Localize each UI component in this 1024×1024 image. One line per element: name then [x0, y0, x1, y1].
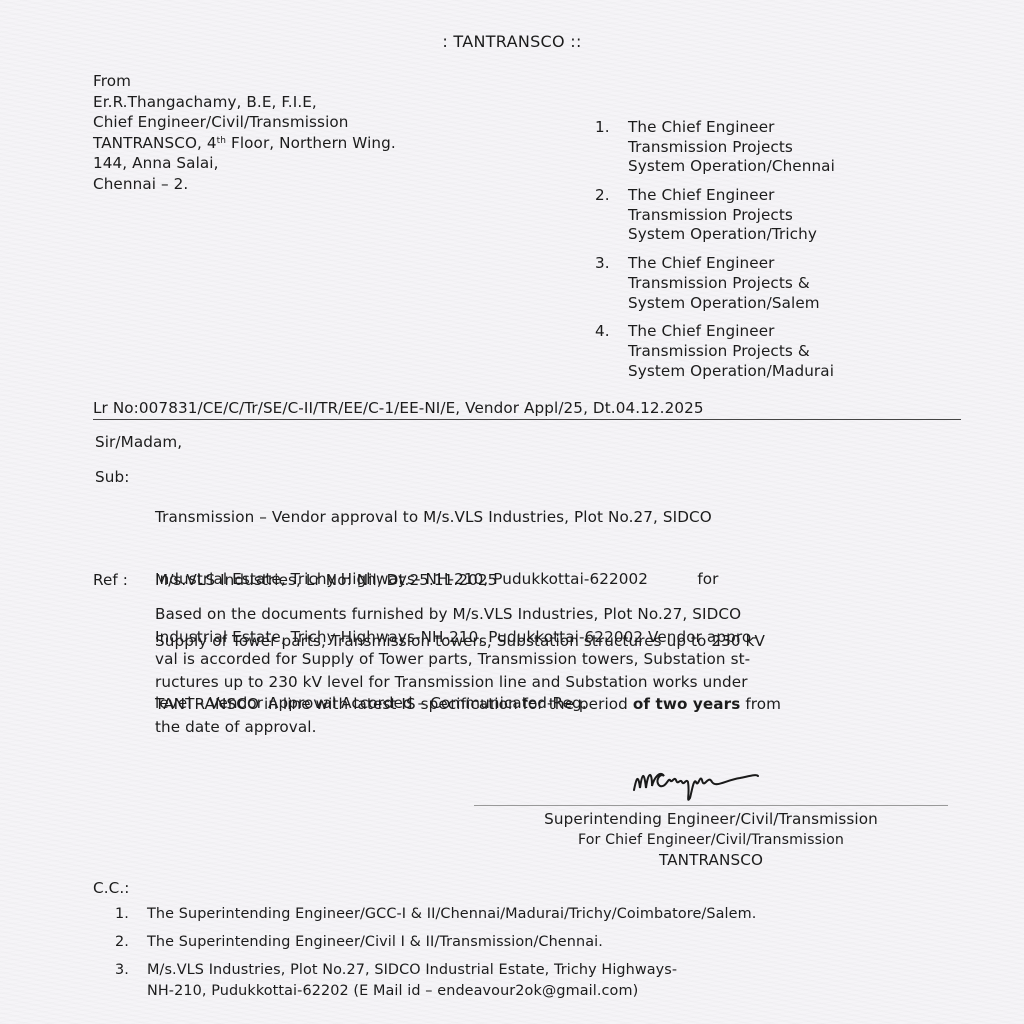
recipient-line: System Operation/Madurai	[628, 361, 834, 381]
recipient-line: The Chief Engineer	[628, 117, 835, 137]
recipients-list: 1. The Chief Engineer Transmission Proje…	[595, 117, 835, 389]
signatory-block: Superintending Engineer/Civil/Transmissi…	[474, 809, 948, 871]
cc-number: 3.	[115, 960, 147, 1002]
body-text: TANTRANSCO in line with latest IS specif…	[155, 695, 633, 713]
sender-address-line1: TANTRANSCO, 4th Floor, Northern Wing.	[93, 133, 396, 154]
recipient-number: 1.	[595, 117, 628, 176]
recipient-line: The Chief Engineer	[628, 253, 820, 273]
recipient-number: 3.	[595, 253, 628, 312]
signatory-title: Superintending Engineer/Civil/Transmissi…	[474, 809, 948, 830]
body-line: Based on the documents furnished by M/s.…	[155, 604, 781, 627]
signatory-on-behalf: For Chief Engineer/Civil/Transmission	[474, 830, 948, 851]
subject-label: Sub:	[95, 467, 155, 487]
recipient-item: 2. The Chief Engineer Transmission Proje…	[595, 185, 835, 244]
recipient-line: The Chief Engineer	[628, 321, 834, 341]
recipient-line: System Operation/Chennai	[628, 156, 835, 176]
letter-header: : TANTRANSCO ::	[0, 32, 1024, 51]
recipient-line: System Operation/Salem	[628, 293, 820, 313]
recipient-line: System Operation/Trichy	[628, 224, 817, 244]
address-text: TANTRANSCO, 4	[93, 134, 217, 152]
recipient-line: Transmission Projects	[628, 137, 835, 157]
recipient-number: 4.	[595, 321, 628, 380]
ref-value: M/s.VLS Industries, Lr No: Nil, Dt.25.11…	[155, 570, 497, 590]
letter-page: : TANTRANSCO :: From Er.R.Thangachamy, B…	[0, 0, 1024, 1024]
subject-block: Sub: Transmission – Vendor approval to M…	[95, 467, 975, 557]
from-block: From Er.R.Thangachamy, B.E, F.I.E, Chief…	[93, 71, 396, 194]
address-superscript: th	[217, 136, 226, 146]
letter-reference-number: Lr No:007831/CE/C/Tr/SE/C-II/TR/EE/C-1/E…	[93, 398, 961, 420]
body-line: ructures up to 230 kV level for Transmis…	[155, 672, 781, 695]
sender-address-line3: Chennai – 2.	[93, 174, 396, 195]
cc-item: 3. M/s.VLS Industries, Plot No.27, SIDCO…	[115, 960, 756, 1002]
signatory-organization: TANTRANSCO	[474, 850, 948, 871]
cc-label: C.C.:	[93, 878, 129, 898]
recipient-item: 4. The Chief Engineer Transmission Proje…	[595, 321, 835, 380]
from-label: From	[93, 71, 396, 92]
cc-list: 1. The Superintending Engineer/GCC-I & I…	[115, 904, 756, 1009]
body-line: TANTRANSCO in line with latest IS specif…	[155, 694, 781, 717]
cc-line: The Superintending Engineer/GCC-I & II/C…	[147, 904, 756, 925]
cc-item: 2. The Superintending Engineer/Civil I &…	[115, 932, 756, 953]
cc-line: NH-210, Pudukkottai-62202 (E Mail id – e…	[147, 981, 677, 1002]
address-text: Floor, Northern Wing.	[226, 134, 396, 152]
signature-divider	[474, 805, 948, 806]
recipient-item: 1. The Chief Engineer Transmission Proje…	[595, 117, 835, 176]
body-line: the date of approval.	[155, 717, 781, 740]
cc-number: 2.	[115, 932, 147, 953]
ref-label: Ref :	[93, 570, 128, 590]
sender-designation: Chief Engineer/Civil/Transmission	[93, 112, 396, 133]
sender-name: Er.R.Thangachamy, B.E, F.I.E,	[93, 92, 396, 113]
body-text: from	[740, 695, 781, 713]
ref-block: Ref : M/s.VLS Industries, Lr No: Nil, Dt…	[93, 570, 693, 592]
body-line: val is accorded for Supply of Tower part…	[155, 649, 781, 672]
signature-icon	[630, 760, 790, 808]
recipient-line: Transmission Projects &	[628, 341, 834, 361]
body-paragraph: Based on the documents furnished by M/s.…	[155, 604, 781, 739]
recipient-number: 2.	[595, 185, 628, 244]
cc-number: 1.	[115, 904, 147, 925]
body-emphasis: of two years	[633, 695, 741, 713]
subject-line: Transmission – Vendor approval to M/s.VL…	[155, 507, 765, 529]
salutation: Sir/Madam,	[95, 432, 182, 452]
cc-item: 1. The Superintending Engineer/GCC-I & I…	[115, 904, 756, 925]
recipient-item: 3. The Chief Engineer Transmission Proje…	[595, 253, 835, 312]
sender-address-line2: 144, Anna Salai,	[93, 153, 396, 174]
cc-line: The Superintending Engineer/Civil I & II…	[147, 932, 603, 953]
body-line: Industrial Estate, Trichy Highways-NH-21…	[155, 627, 781, 650]
recipient-line: Transmission Projects &	[628, 273, 820, 293]
cc-line: M/s.VLS Industries, Plot No.27, SIDCO In…	[147, 960, 677, 981]
recipient-line: Transmission Projects	[628, 205, 817, 225]
recipient-line: The Chief Engineer	[628, 185, 817, 205]
